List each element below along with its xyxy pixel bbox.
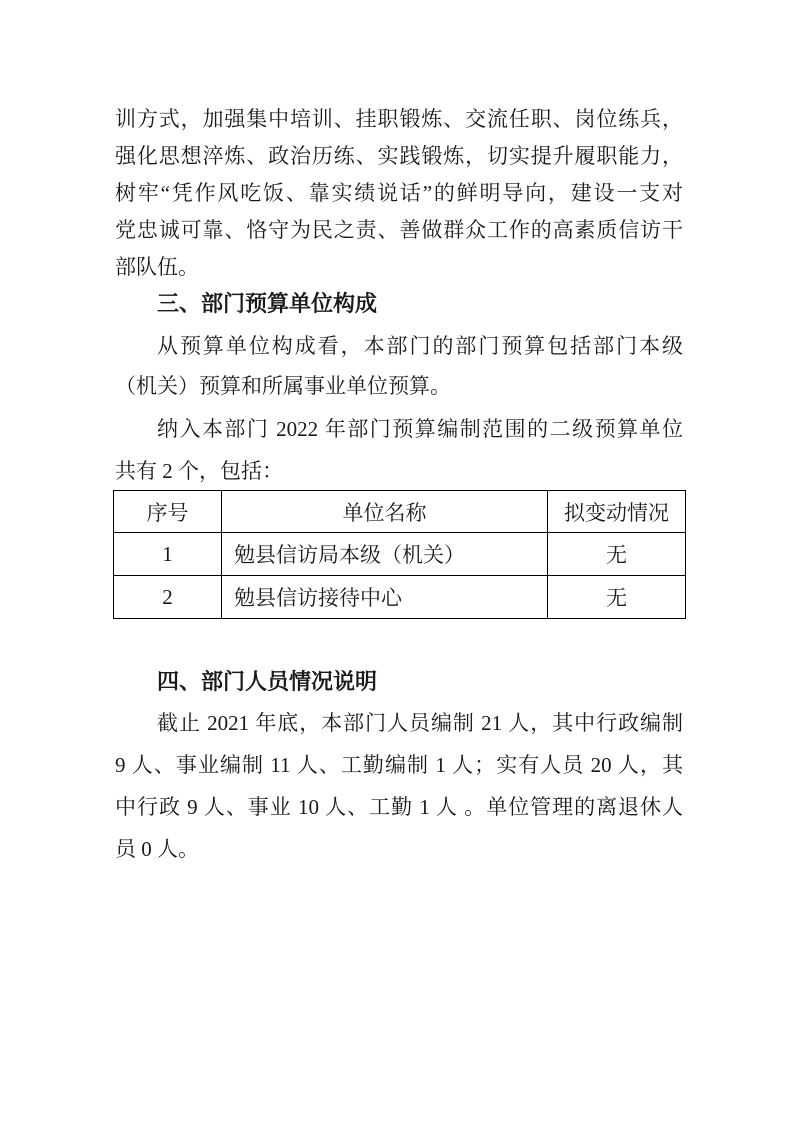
table-cell-index: 1	[114, 533, 222, 576]
paragraph-line: 纳入本部门 2022 年部门预算编制范围的二级预算单位	[115, 414, 683, 444]
table-cell-change: 无	[548, 533, 686, 576]
table-header-cell: 单位名称	[222, 491, 548, 533]
paragraph-line: 员 0 人。	[115, 834, 683, 864]
paragraph-line: 树牢“凭作风吃饭、靠实绩说话”的鲜明导向，建设一支对	[115, 178, 683, 208]
paragraph-line: 9 人、事业编制 11 人、工勤编制 1 人；实有人员 20 人，其	[115, 750, 683, 780]
paragraph-line: 党忠诚可靠、恪守为民之责、善做群众工作的高素质信访干	[115, 215, 683, 245]
document-page: 训方式，加强集中培训、挂职锻炼、交流任职、岗位练兵， 强化思想淬炼、政治历练、实…	[0, 0, 793, 1122]
table-cell-unit-name: 勉县信访局本级（机关）	[222, 533, 548, 576]
table-row: 2 勉县信访接待中心 无	[114, 576, 686, 619]
paragraph-line: 训方式，加强集中培训、挂职锻炼、交流任职、岗位练兵，	[115, 104, 683, 134]
table-header-cell: 拟变动情况	[548, 491, 686, 533]
section-heading-4: 四、部门人员情况说明	[115, 667, 725, 697]
paragraph-line: 截止 2021 年底，本部门人员编制 21 人，其中行政编制	[115, 708, 683, 738]
paragraph-line: 中行政 9 人、事业 10 人、工勤 1 人 。单位管理的离退休人	[115, 792, 683, 822]
table-header-cell: 序号	[114, 491, 222, 533]
table-cell-index: 2	[114, 576, 222, 619]
budget-units-table: 序号 单位名称 拟变动情况 1 勉县信访局本级（机关） 无 2 勉县信访接待中心…	[113, 490, 686, 619]
section-heading-3: 三、部门预算单位构成	[115, 289, 725, 319]
table-cell-change: 无	[548, 576, 686, 619]
paragraph-line: 共有 2 个，包括：	[115, 456, 683, 486]
table-row: 1 勉县信访局本级（机关） 无	[114, 533, 686, 576]
paragraph-line: 强化思想淬炼、政治历练、实践锻炼，切实提升履职能力，	[115, 141, 683, 171]
paragraph-line: 部队伍。	[115, 252, 683, 282]
paragraph-line: （机关）预算和所属事业单位预算。	[115, 371, 683, 401]
table-cell-unit-name: 勉县信访接待中心	[222, 576, 548, 619]
table-header-row: 序号 单位名称 拟变动情况	[114, 491, 686, 533]
paragraph-line: 从预算单位构成看，本部门的部门预算包括部门本级	[115, 331, 683, 361]
